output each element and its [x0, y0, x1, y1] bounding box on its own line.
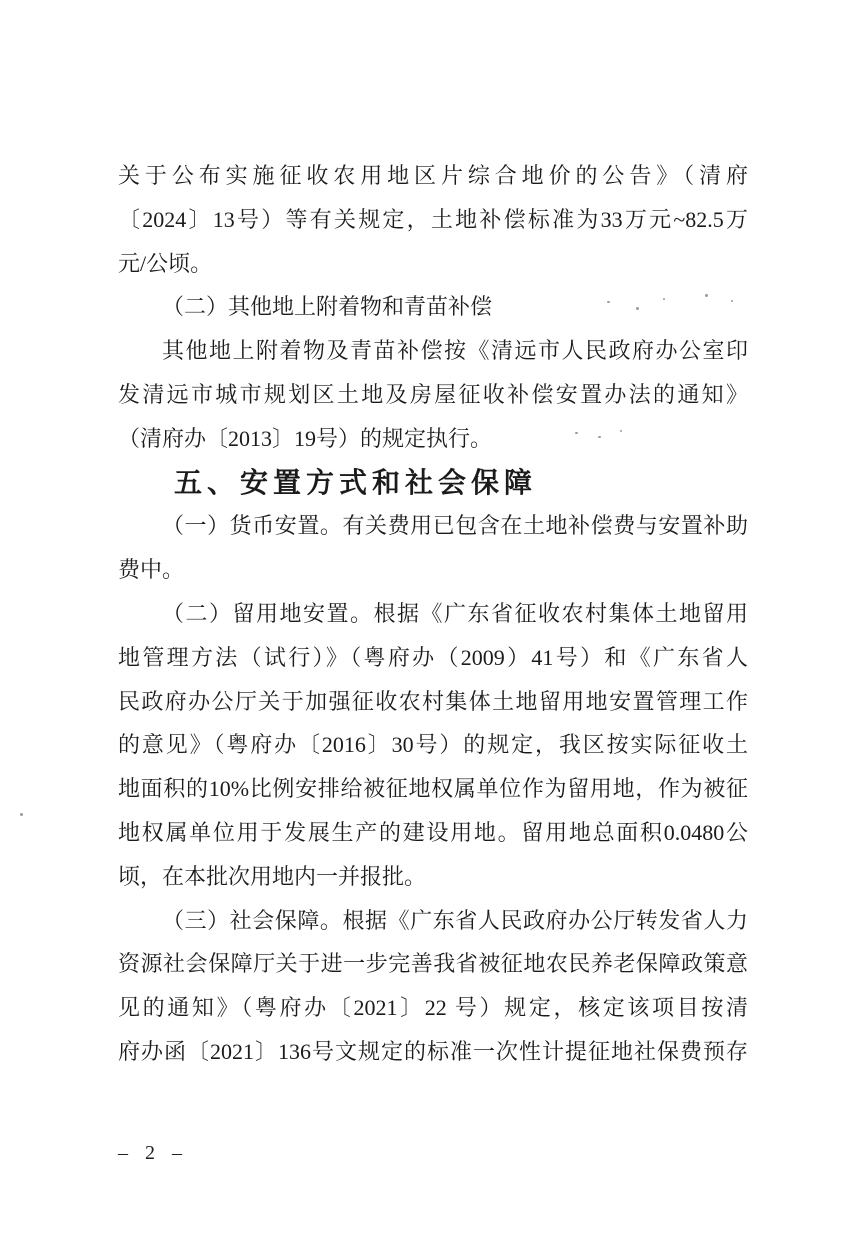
document-line: 见的通知》（粤府办〔2021〕22 号）规定，核定该项目按清 [118, 986, 748, 1030]
document-line: （二）留用地安置。根据《广东省征收农村集体土地留用 [118, 592, 748, 636]
document-line: 地管理方法（试行）》（粤府办（2009）41号）和《广东省人 [118, 636, 748, 680]
document-line: （三）社会保障。根据《广东省人民政府办公厅转发省人力 [118, 899, 748, 943]
document-line: 资源社会保障厅关于进一步完善我省被征地农民养老保障政策意 [118, 942, 748, 986]
document-line: 费中。 [118, 548, 748, 592]
document-line: 关于公布实施征收农用地区片综合地价的公告》（清府 [118, 154, 748, 198]
document-page: 关于公布实施征收农用地区片综合地价的公告》（清府〔2024〕13号）等有关规定，… [0, 0, 850, 1237]
document-line: 五、安置方式和社会保障 [118, 461, 748, 505]
scan-speck [636, 307, 639, 310]
document-line: （清府办〔2013〕19号）的规定执行。 [118, 417, 748, 461]
scan-speck [607, 301, 610, 303]
scan-speck [663, 298, 665, 300]
document-line: 其他地上附着物及青苗补偿按《清远市人民政府办公室印 [118, 329, 748, 373]
document-line: 发清远市城市规划区土地及房屋征收补偿安置办法的通知》 [118, 373, 748, 417]
scan-speck [731, 300, 733, 302]
document-line: （二）其他地上附着物和青苗补偿 [118, 285, 748, 329]
document-line: 民政府办公厅关于加强征收农村集体土地留用地安置管理工作 [118, 680, 748, 724]
scan-speck [575, 432, 578, 434]
scan-speck [20, 813, 23, 816]
document-line: 〔2024〕13号）等有关规定，土地补偿标准为33万元~82.5万 [118, 198, 748, 242]
document-line: 元/公顷。 [118, 242, 748, 286]
document-line: （一）货币安置。有关费用已包含在土地补偿费与安置补助 [118, 504, 748, 548]
scan-speck [620, 430, 622, 432]
document-line: 地权属单位用于发展生产的建设用地。留用地总面积0.0480公 [118, 811, 748, 855]
page-number: – 2 – [118, 1142, 188, 1165]
document-line: 府办函〔2021〕136号文规定的标准一次性计提征地社保费预存 [118, 1030, 748, 1074]
scan-speck [705, 294, 708, 297]
scan-speck [598, 436, 601, 438]
document-body: 关于公布实施征收农用地区片综合地价的公告》（清府〔2024〕13号）等有关规定，… [118, 154, 748, 1074]
document-line: 顷，在本批次用地内一并报批。 [118, 855, 748, 899]
document-line: 地面积的10%比例安排给被征地权属单位作为留用地，作为被征 [118, 767, 748, 811]
document-line: 的意见》（粤府办〔2016〕30号）的规定，我区按实际征收土 [118, 723, 748, 767]
